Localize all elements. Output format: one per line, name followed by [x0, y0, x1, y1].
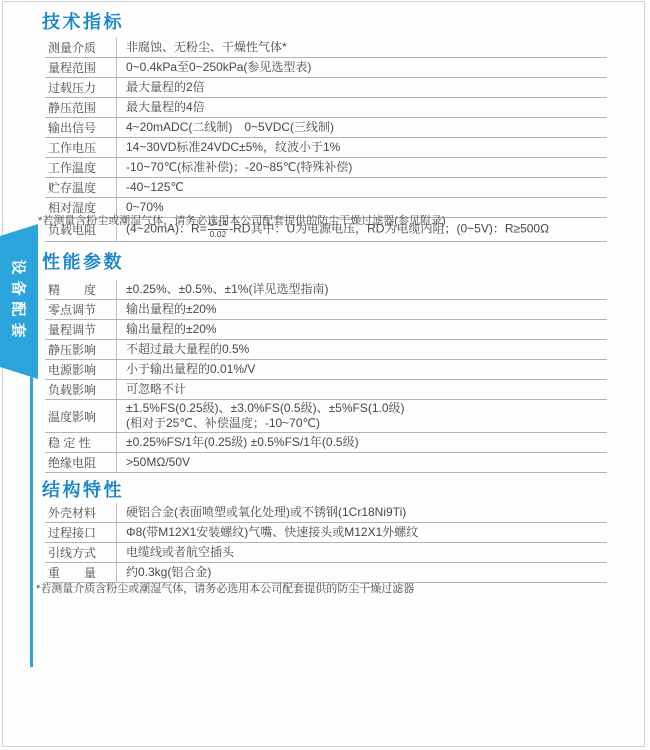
spec-label: 过载压力	[45, 78, 117, 97]
spec-label: 稳 定 性	[45, 433, 117, 452]
spec-label: 量程调节	[45, 320, 117, 339]
table-row: 静压影响 不超过最大量程的0.5%	[45, 340, 607, 360]
spec-value: 不超过最大量程的0.5%	[117, 340, 607, 359]
performance-params-table: 精 度 ±0.25%、±0.5%、±1%(详见选型指南) 零点调节 输出量程的±…	[45, 280, 607, 473]
spec-value: -10~70℃(标准补偿)；-20~85℃(特殊补偿)	[117, 158, 607, 177]
table-row: 贮存温度 -40~125℃	[45, 178, 607, 198]
spec-value: 4~20mADC(二线制) 0~5VDC(三线制)	[117, 118, 607, 137]
structural-features-table: 外壳材料 硬铝合金(表面喷塑或氧化处理)或不锈钢(1Cr18Ni9Ti) 过程接…	[45, 503, 607, 583]
spec-label: 精 度	[45, 280, 117, 299]
spec-label: 过程接口	[45, 523, 117, 542]
table-row: 量程调节 输出量程的±20%	[45, 320, 607, 340]
spec-label: 外壳材料	[45, 503, 117, 522]
spec-value: 非腐蚀、无粉尘、干燥性气体*	[117, 38, 607, 57]
table-row: 测量介质 非腐蚀、无粉尘、干燥性气体*	[45, 38, 607, 58]
spec-value: 输出量程的±20%	[117, 300, 607, 319]
section-title-structural-features: 结构特性	[42, 476, 124, 502]
table-row: 负载影响 可忽略不计	[45, 380, 607, 400]
spec-value: 输出量程的±20%	[117, 320, 607, 339]
technical-specs-table: 测量介质 非腐蚀、无粉尘、干燥性气体* 量程范围 0~0.4kPa至0~250k…	[45, 38, 607, 242]
table-row: 稳 定 性 ±0.25%FS/1年(0.25级) ±0.5%FS/1年(0.5级…	[45, 433, 607, 453]
datasheet-page: 技术指标 测量介质 非腐蚀、无粉尘、干燥性气体* 量程范围 0~0.4kPa至0…	[0, 0, 650, 750]
section-title-performance-params: 性能参数	[42, 248, 124, 274]
table-row: 工作电压 14~30VD标准24VDC±5%，纹波小于1%	[45, 138, 607, 158]
spec-label: 静压范围	[45, 98, 117, 117]
spec-value: 最大量程的2倍	[117, 78, 607, 97]
spec-label: 测量介质	[45, 38, 117, 57]
spec-value: >50MΩ/50V	[117, 453, 607, 472]
formula-denominator: 0.02	[208, 230, 228, 240]
spec-value: 小于输出量程的0.01%/V	[117, 360, 607, 379]
spec-label: 工作温度	[45, 158, 117, 177]
spec-label: 引线方式	[45, 543, 117, 562]
spec-value: ±1.5%FS(0.25级)、±3.0%FS(0.5级)、±5%FS(1.0级)…	[117, 400, 607, 432]
spec-label: 绝缘电阻	[45, 453, 117, 472]
table-row: 温度影响 ±1.5%FS(0.25级)、±3.0%FS(0.5级)、±5%FS(…	[45, 400, 607, 433]
section-title-technical-specs: 技术指标	[42, 8, 124, 34]
table-row: 引线方式 电缆线或者航空插头	[45, 543, 607, 563]
table-row: 量程范围 0~0.4kPa至0~250kPa(参见选型表)	[45, 58, 607, 78]
spec-value-line1: ±1.5%FS(0.25级)、±3.0%FS(0.5级)、±5%FS(1.0级)	[126, 401, 607, 416]
table-row: 零点调节 输出量程的±20%	[45, 300, 607, 320]
spec-label: 电源影响	[45, 360, 117, 379]
spec-label: 工作电压	[45, 138, 117, 157]
table-row: 输出信号 4~20mADC(二线制) 0~5VDC(三线制)	[45, 118, 607, 138]
spec-label: 温度影响	[45, 400, 117, 432]
spec-label: 负载影响	[45, 380, 117, 399]
spec-value: 最大量程的4倍	[117, 98, 607, 117]
spec-value: 14~30VD标准24VDC±5%，纹波小于1%	[117, 138, 607, 157]
left-accent-line	[30, 377, 33, 667]
table-row: 绝缘电阻 >50MΩ/50V	[45, 453, 607, 473]
table-row: 静压范围 最大量程的4倍	[45, 98, 607, 118]
spec-value: 电缆线或者航空插头	[117, 543, 607, 562]
spec-label: 贮存温度	[45, 178, 117, 197]
table-row: 电源影响 小于输出量程的0.01%/V	[45, 360, 607, 380]
table-row: 外壳材料 硬铝合金(表面喷塑或氧化处理)或不锈钢(1Cr18Ni9Ti)	[45, 503, 607, 523]
side-tab-equipment-matching: 设备配套	[0, 224, 38, 379]
spec-value: Φ8(带M12X1安装螺纹)气嘴、快速接头或M12X1外螺纹	[117, 523, 607, 542]
spec-value: 0~0.4kPa至0~250kPa(参见选型表)	[117, 58, 607, 77]
table-row: 工作温度 -10~70℃(标准补偿)；-20~85℃(特殊补偿)	[45, 158, 607, 178]
spec-label: 零点调节	[45, 300, 117, 319]
technical-specs-footnote: *若测量含粉尘或潮湿气体，请务必选用本公司配套提供的防尘干燥过滤器(参见附录)	[38, 212, 446, 228]
spec-value: ±0.25%、±0.5%、±1%(详见选型指南)	[117, 280, 607, 299]
side-tab-label: 设备配套	[9, 259, 30, 343]
spec-value-line2: (相对于25℃、补偿温度；-10~70℃)	[126, 416, 607, 431]
table-row: 精 度 ±0.25%、±0.5%、±1%(详见选型指南)	[45, 280, 607, 300]
table-row: 过载压力 最大量程的2倍	[45, 78, 607, 98]
structural-features-footnote: *若测量介质含粉尘或潮湿气体，请务必选用本公司配套提供的防尘干燥过滤器	[36, 580, 414, 596]
spec-label: 输出信号	[45, 118, 117, 137]
table-row: 过程接口 Φ8(带M12X1安装螺纹)气嘴、快速接头或M12X1外螺纹	[45, 523, 607, 543]
spec-value: ±0.25%FS/1年(0.25级) ±0.5%FS/1年(0.5级)	[117, 433, 607, 452]
spec-label: 量程范围	[45, 58, 117, 77]
spec-value: 可忽略不计	[117, 380, 607, 399]
spec-label: 静压影响	[45, 340, 117, 359]
spec-value: 硬铝合金(表面喷塑或氧化处理)或不锈钢(1Cr18Ni9Ti)	[117, 503, 607, 522]
spec-value: -40~125℃	[117, 178, 607, 197]
